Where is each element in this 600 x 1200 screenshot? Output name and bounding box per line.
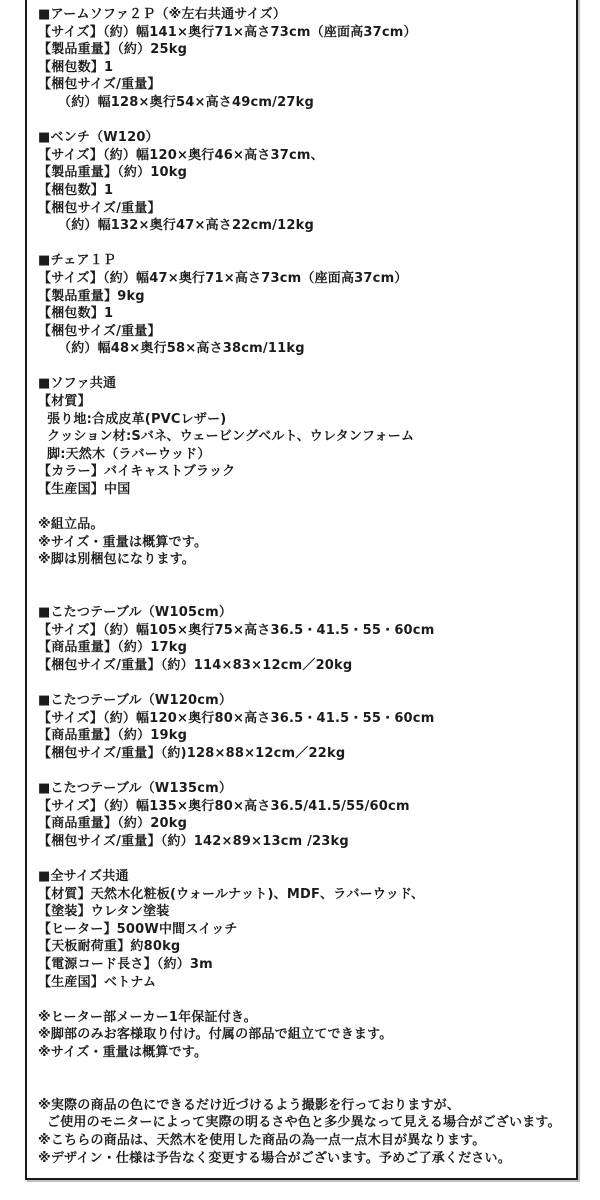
bench-w120-section-line-0: ■ベンチ（W120） (38, 129, 568, 147)
arm-sofa-2p-section-line-0: ■アームソファ２Ｐ（※左右共通サイズ） (38, 6, 568, 24)
general-notes-section-line-3: ※デザイン・仕様は予告なく変更する場合がございます。予めご了承ください。 (38, 1150, 568, 1168)
kotatsu-notes-section: ※ヒーター部メーカー1年保証付き。※脚部のみお客様取り付け。付属の部品で組立てで… (38, 1009, 568, 1062)
bench-w120-section-line-2: 【製品重量】（約）10kg (38, 164, 568, 182)
all-sizes-common-section-line-4: 【天板耐荷重】約80kg (38, 938, 568, 956)
sofa-common-section-line-4: 脚:天然木（ラバーウッド） (38, 446, 568, 464)
sofa-common-section-line-0: ■ソファ共通 (38, 375, 568, 393)
arm-sofa-2p-section-line-3: 【梱包数】1 (38, 59, 568, 77)
all-sizes-common-section-line-6: 【生産国】ベトナム (38, 974, 568, 992)
kotatsu-notes-section-line-2: ※サイズ・重量は概算です。 (38, 1044, 568, 1062)
sofa-common-section-line-1: 【材質】 (38, 393, 568, 411)
kotatsu-w120-section-line-1: 【サイズ】（約）幅120×奥行80×高さ36.5・41.5・55・60cm (38, 710, 568, 728)
general-notes-section-line-2: ※こちらの商品は、天然木を使用した商品の為一点一点木目が異なります。 (38, 1132, 568, 1150)
general-notes-section: ※実際の商品の色にできるだけ近づけるよう撮影を行っておりますが、ご使用のモニター… (38, 1097, 568, 1167)
kotatsu-w120-section-line-2: 【商品重量】（約）19kg (38, 727, 568, 745)
sofa-notes-section-line-1: ※サイズ・重量は概算です。 (38, 534, 568, 552)
all-sizes-common-section-line-1: 【材質】天然木化粧板(ウォールナット)、MDF、ラバーウッド、 (38, 886, 568, 904)
chair-1p-section-line-5: （約）幅48×奥行58×高さ38cm/11kg (38, 340, 568, 358)
chair-1p-section-line-4: 【梱包サイズ/重量】 (38, 323, 568, 341)
kotatsu-w135-section-line-3: 【梱包サイズ/重量】（約）142×89×13cm /23kg (38, 833, 568, 851)
all-sizes-common-section: ■全サイズ共通【材質】天然木化粧板(ウォールナット)、MDF、ラバーウッド、【塗… (38, 868, 568, 991)
kotatsu-w105-section-line-0: ■こたつテーブル（W105cm） (38, 604, 568, 622)
sofa-common-section-line-5: 【カラー】バイキャストブラック (38, 463, 568, 481)
kotatsu-w135-section: ■こたつテーブル（W135cm）【サイズ】（約）幅135×奥行80×高さ36.5… (38, 780, 568, 850)
sofa-common-section-line-3: クッション材:Sバネ、ウェービングベルト、ウレタンフォーム (38, 428, 568, 446)
chair-1p-section-line-2: 【製品重量】9kg (38, 288, 568, 306)
all-sizes-common-section-line-5: 【電源コード長さ】（約）3m (38, 956, 568, 974)
arm-sofa-2p-section-line-4: 【梱包サイズ/重量】 (38, 76, 568, 94)
kotatsu-w135-section-line-1: 【サイズ】（約）幅135×奥行80×高さ36.5/41.5/55/60cm (38, 798, 568, 816)
bench-w120-section-line-4: 【梱包サイズ/重量】 (38, 200, 568, 218)
kotatsu-w105-section-line-2: 【商品重量】（約）17kg (38, 639, 568, 657)
chair-1p-section-line-1: 【サイズ】（約）幅47×奥行71×高さ73cm（座面高37cm） (38, 270, 568, 288)
arm-sofa-2p-section-line-1: 【サイズ】（約）幅141×奥行71×高さ73cm（座面高37cm） (38, 24, 568, 42)
bench-w120-section-line-5: （約）幅132×奥行47×高さ22cm/12kg (38, 217, 568, 235)
kotatsu-notes-section-line-0: ※ヒーター部メーカー1年保証付き。 (38, 1009, 568, 1027)
bench-w120-section-line-3: 【梱包数】1 (38, 182, 568, 200)
bench-w120-section-line-1: 【サイズ】（約）幅120×奥行46×高さ37cm、 (38, 147, 568, 165)
spec-sheet-page: ■アームソファ２Ｐ（※左右共通サイズ）【サイズ】（約）幅141×奥行71×高さ7… (0, 0, 600, 1200)
general-notes-section-line-0: ※実際の商品の色にできるだけ近づけるよう撮影を行っておりますが、 (38, 1097, 568, 1115)
arm-sofa-2p-section-line-2: 【製品重量】（約）25kg (38, 41, 568, 59)
chair-1p-section-line-0: ■チェア１Ｐ (38, 252, 568, 270)
sofa-common-section-line-6: 【生産国】中国 (38, 481, 568, 499)
arm-sofa-2p-section: ■アームソファ２Ｐ（※左右共通サイズ）【サイズ】（約）幅141×奥行71×高さ7… (38, 6, 568, 112)
sofa-common-section: ■ソファ共通【材質】張り地:合成皮革(PVCレザー)クッション材:Sバネ、ウェー… (38, 375, 568, 498)
kotatsu-w105-section: ■こたつテーブル（W105cm）【サイズ】（約）幅105×奥行75×高さ36.5… (38, 604, 568, 674)
sofa-notes-section-line-2: ※脚は別梱包になります。 (38, 551, 568, 569)
sofa-notes-section-line-0: ※組立品。 (38, 516, 568, 534)
chair-1p-section: ■チェア１Ｐ【サイズ】（約）幅47×奥行71×高さ73cm（座面高37cm）【製… (38, 252, 568, 358)
kotatsu-w135-section-line-0: ■こたつテーブル（W135cm） (38, 780, 568, 798)
product-spec-sheet: ■アームソファ２Ｐ（※左右共通サイズ）【サイズ】（約）幅141×奥行71×高さ7… (25, 0, 578, 1180)
arm-sofa-2p-section-line-5: （約）幅128×奥行54×高さ49cm/27kg (38, 94, 568, 112)
kotatsu-w105-section-line-1: 【サイズ】（約）幅105×奥行75×高さ36.5・41.5・55・60cm (38, 622, 568, 640)
bench-w120-section: ■ベンチ（W120）【サイズ】（約）幅120×奥行46×高さ37cm、【製品重量… (38, 129, 568, 235)
chair-1p-section-line-3: 【梱包数】1 (38, 305, 568, 323)
kotatsu-w120-section: ■こたつテーブル（W120cm）【サイズ】（約）幅120×奥行80×高さ36.5… (38, 692, 568, 762)
kotatsu-w105-section-line-3: 【梱包サイズ/重量】（約）114×83×12cm／20kg (38, 657, 568, 675)
all-sizes-common-section-line-2: 【塗装】ウレタン塗装 (38, 903, 568, 921)
all-sizes-common-section-line-3: 【ヒーター】500W中間スイッチ (38, 921, 568, 939)
kotatsu-notes-section-line-1: ※脚部のみお客様取り付け。付属の部品で組立てできます。 (38, 1026, 568, 1044)
kotatsu-w120-section-line-0: ■こたつテーブル（W120cm） (38, 692, 568, 710)
kotatsu-w135-section-line-2: 【商品重量】（約）20kg (38, 815, 568, 833)
sofa-notes-section: ※組立品。※サイズ・重量は概算です。※脚は別梱包になります。 (38, 516, 568, 569)
kotatsu-w120-section-line-3: 【梱包サイズ/重量】（約)128×88×12cm／22kg (38, 745, 568, 763)
general-notes-section-line-1: ご使用のモニターによって実際の明るさや色と多少異なって見える場合がございます。 (38, 1114, 568, 1132)
all-sizes-common-section-line-0: ■全サイズ共通 (38, 868, 568, 886)
sofa-common-section-line-2: 張り地:合成皮革(PVCレザー) (38, 411, 568, 429)
